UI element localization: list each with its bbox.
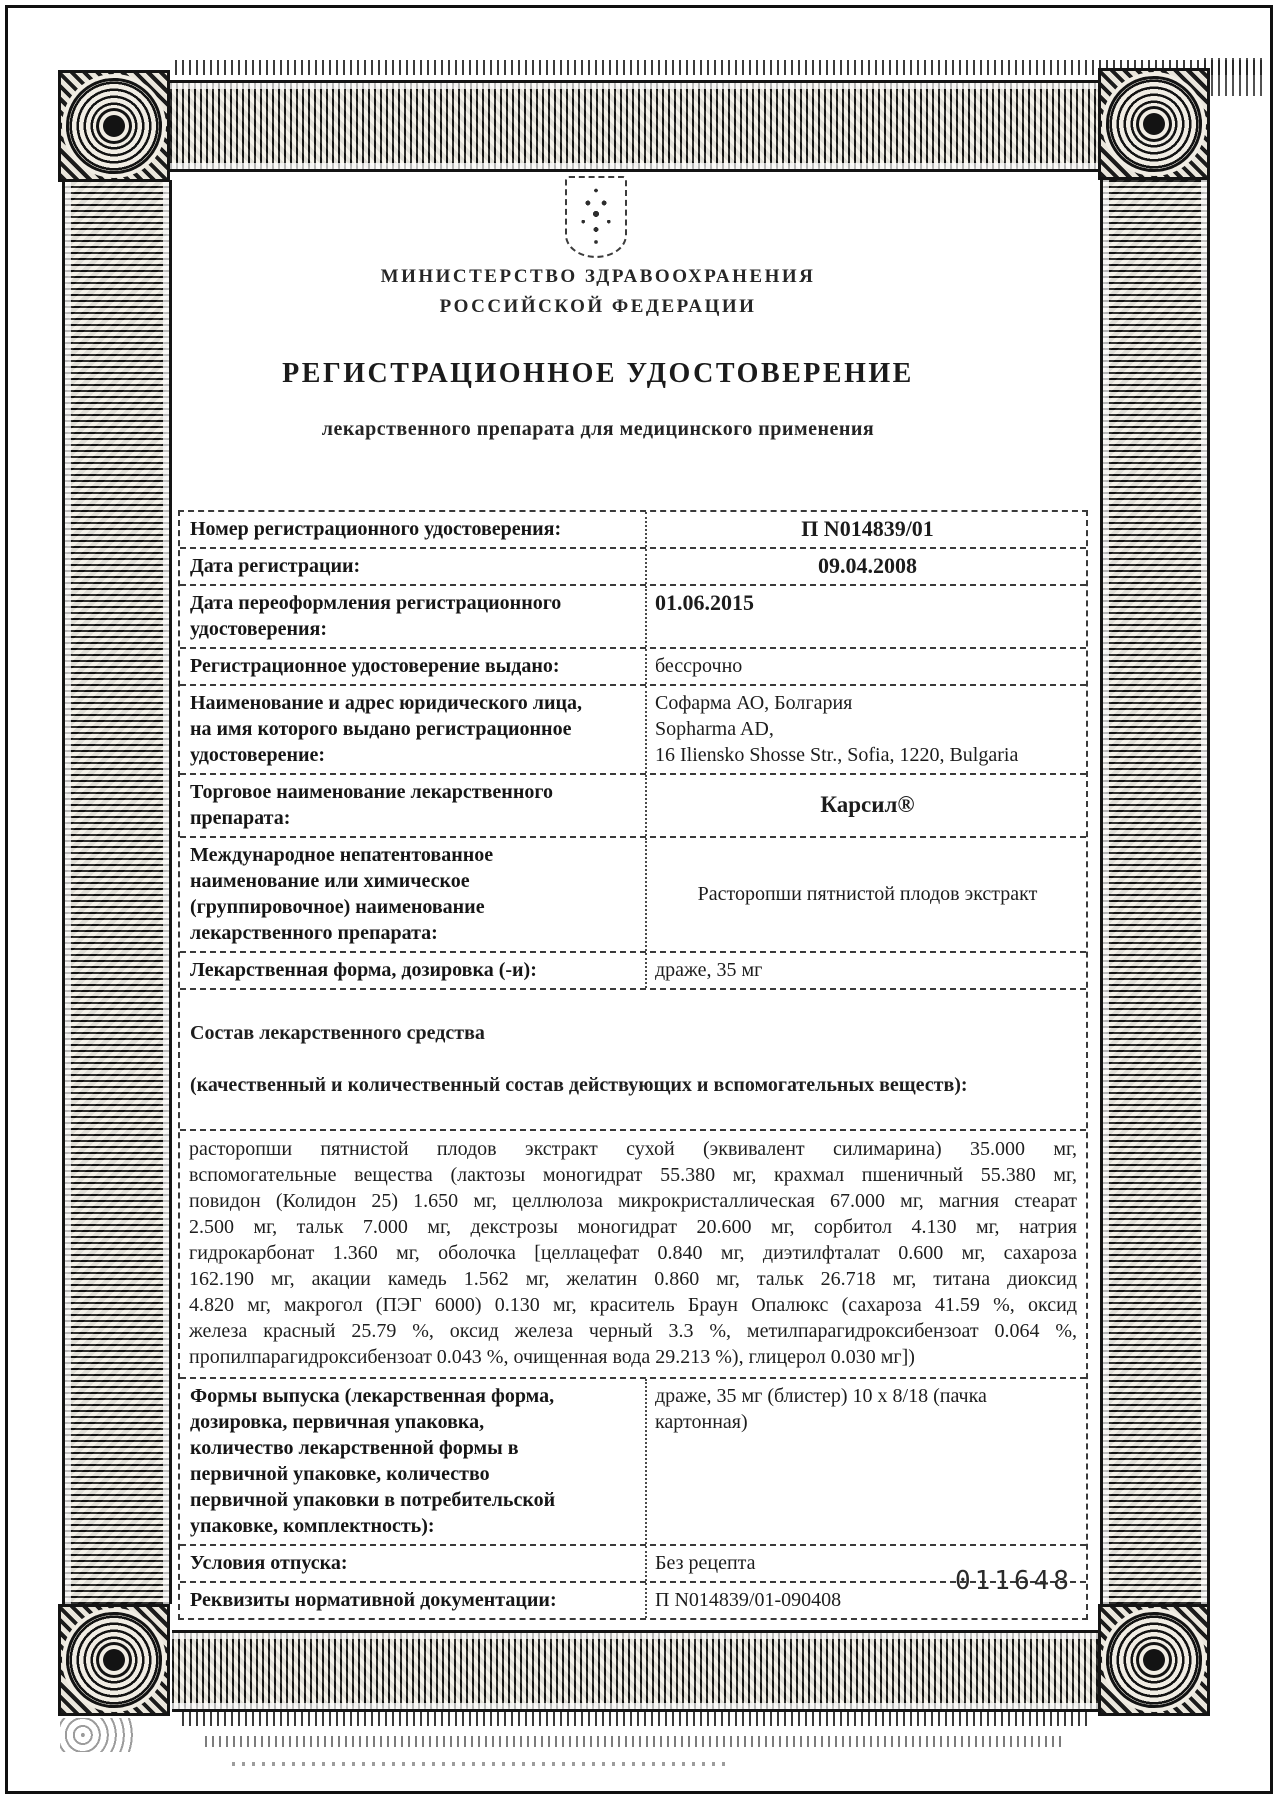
row-value: драже, 35 мг — [645, 953, 1086, 988]
row-label: Регистрационное удостоверение выдано: — [180, 649, 645, 684]
ornament-ticks-top-right — [1204, 58, 1264, 96]
table-row-reissue-date: Дата переоформления регистрационного удо… — [180, 584, 1086, 647]
table-row-legal-entity: Наименование и адрес юридического лица, … — [180, 684, 1086, 773]
row-label: Торговое наименование лекарственного пре… — [180, 775, 645, 836]
row-value: Карсил® — [645, 775, 1086, 836]
ornament-dotted-line-bottom — [232, 1762, 732, 1766]
table-row-issued-term: Регистрационное удостоверение выдано: бе… — [180, 647, 1086, 684]
row-value: Софарма АО, Болгария Sopharma AD, 16 Ili… — [645, 686, 1086, 773]
ornament-band-right — [1100, 178, 1210, 1604]
ornament-band-bottom — [172, 1630, 1098, 1712]
row-value: бессрочно — [645, 649, 1086, 684]
composition-line: вспомогательные вещества (лактозы моноги… — [189, 1162, 1077, 1188]
row-label: Условия отпуска: — [180, 1546, 645, 1581]
row-label: Дата регистрации: — [180, 549, 645, 584]
table-row-release-forms: Формы выпуска (лекарственная форма, дози… — [180, 1377, 1086, 1544]
table-row-normative-docs: Реквизиты нормативной документации: П N0… — [180, 1581, 1086, 1618]
table-row-registration-date: Дата регистрации: 09.04.2008 — [180, 547, 1086, 584]
row-label: Дата переоформления регистрационного удо… — [180, 586, 645, 647]
composition-header-line-1: Состав лекарственного средства — [190, 1020, 1076, 1046]
composition-line: 162.190 мг, акации камедь 1.562 мг, жела… — [189, 1266, 1077, 1292]
table-row-inn-name: Международное непатентованное наименован… — [180, 836, 1086, 951]
coat-of-arms-emblem-icon — [565, 176, 627, 258]
ornament-rosette-top-left — [58, 70, 170, 182]
composition-line: повидон (Колидон 25) 1.650 мг, целлюлоза… — [189, 1188, 1077, 1214]
row-label: Международное непатентованное наименован… — [180, 838, 645, 951]
ornament-rosette-top-right — [1098, 68, 1210, 180]
document-subtitle: лекарственного препарата для медицинског… — [128, 418, 1068, 441]
ornament-ticks-bottom-1 — [182, 1712, 1087, 1726]
ornament-ticks-bottom-2 — [205, 1736, 1065, 1747]
table-row-trade-name: Торговое наименование лекарственного пре… — [180, 773, 1086, 836]
row-label: Реквизиты нормативной документации: — [180, 1583, 645, 1618]
scan-artifact-bottom-left — [60, 1718, 136, 1752]
composition-line: пропилпарагидроксибензоат 0.043 %, очище… — [189, 1344, 1077, 1370]
ministry-line-2: РОССИЙСКОЙ ФЕДЕРАЦИИ — [178, 292, 1018, 322]
table-row-dispensing-conditions: Условия отпуска: Без рецепта — [180, 1544, 1086, 1581]
ornament-band-left — [62, 180, 172, 1604]
serial-number: 011648 — [955, 1566, 1073, 1596]
table-row-dosage-form: Лекарственная форма, дозировка (-и): дра… — [180, 951, 1086, 988]
ministry-line-1: МИНИСТЕРСТВО ЗДРАВООХРАНЕНИЯ — [178, 262, 1018, 292]
row-value: Расторопши пятнистой плодов экстракт — [645, 838, 1086, 951]
composition-line: гидрокарбонат 1.360 мг, оболочка [целлац… — [189, 1240, 1077, 1266]
ministry-name: МИНИСТЕРСТВО ЗДРАВООХРАНЕНИЯ РОССИЙСКОЙ … — [178, 262, 1018, 322]
certificate-page: МИНИСТЕРСТВО ЗДРАВООХРАНЕНИЯ РОССИЙСКОЙ … — [0, 0, 1278, 1799]
document-title: РЕГИСТРАЦИОННОЕ УДОСТОВЕРЕНИЕ — [128, 358, 1068, 390]
composition-text: расторопши пятнистой плодов экстракт сух… — [180, 1131, 1086, 1377]
table-row-composition-text: расторопши пятнистой плодов экстракт сух… — [180, 1129, 1086, 1377]
composition-line: расторопши пятнистой плодов экстракт сух… — [189, 1136, 1077, 1162]
row-value: 09.04.2008 — [645, 549, 1086, 584]
composition-header-line-2: (качественный и количественный состав де… — [190, 1072, 1076, 1098]
certificate-table: Номер регистрационного удостоверения: П … — [178, 510, 1088, 1620]
row-value: 01.06.2015 — [645, 586, 1086, 647]
row-value: драже, 35 мг (блистер) 10 х 8/18 (пачка … — [645, 1379, 1086, 1544]
table-row-composition-header: Состав лекарственного средства (качестве… — [180, 988, 1086, 1129]
row-label: Формы выпуска (лекарственная форма, дози… — [180, 1379, 645, 1544]
composition-line: 2.500 мг, тальк 7.000 мг, декстрозы моно… — [189, 1214, 1077, 1240]
ornament-rosette-bottom-right — [1098, 1604, 1210, 1716]
composition-line: железа красный 25.79 %, оксид железа чер… — [189, 1318, 1077, 1344]
table-row-registration-number: Номер регистрационного удостоверения: П … — [180, 512, 1086, 547]
row-value: П N014839/01 — [645, 512, 1086, 547]
row-label: Лекарственная форма, дозировка (-и): — [180, 953, 645, 988]
ornament-rosette-bottom-left — [58, 1604, 170, 1716]
composition-header: Состав лекарственного средства (качестве… — [180, 990, 1086, 1129]
row-label: Наименование и адрес юридического лица, … — [180, 686, 645, 773]
composition-line: 4.820 мг, макрогол (ПЭГ 6000) 0.130 мг, … — [189, 1292, 1077, 1318]
ornament-band-top — [170, 80, 1098, 172]
row-label: Номер регистрационного удостоверения: — [180, 512, 645, 547]
